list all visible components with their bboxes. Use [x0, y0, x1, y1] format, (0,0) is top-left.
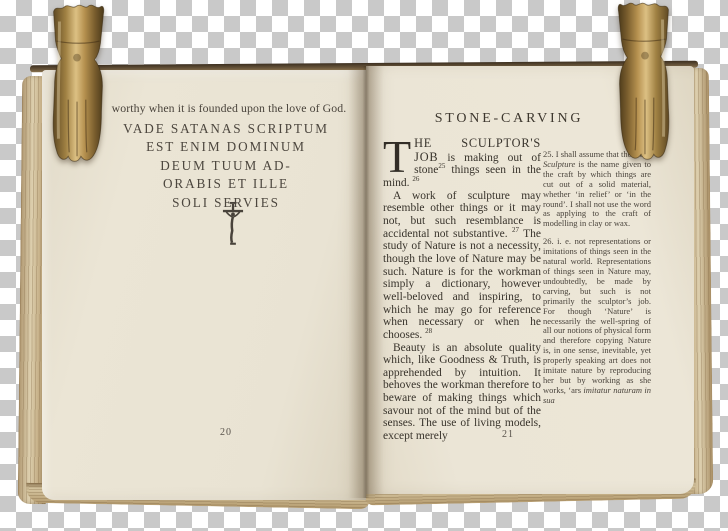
left-page-latin-text: VADE SATANAS SCRIPTUM EST ENIM DOMINUM D… [92, 120, 360, 212]
note-text: is the name given to the craft by which … [543, 159, 651, 228]
note-text: 26. i. e. not representations or imitati… [543, 236, 651, 395]
paragraph-3: Beauty is an absolute quality which, lik… [383, 342, 541, 443]
crucifix-ornament-icon [217, 201, 249, 247]
left-page-number: 20 [92, 427, 360, 438]
note-italic: Sculpture [543, 159, 575, 169]
chapter-header: STONE-CARVING [379, 111, 639, 127]
transparent-checkerboard-canvas: worthy when it is founded upon the love … [0, 0, 728, 531]
latin-line: DEUM TUUM AD- [92, 157, 360, 175]
footnote-ref: 27 [512, 226, 519, 234]
margin-notes-column: 25. I shall assume that the word Sculptu… [543, 150, 651, 414]
latin-line: VADE SATANAS SCRIPTUM [92, 120, 360, 138]
brass-hand-clip-left-icon [42, 2, 114, 166]
latin-line: ORABIS ET ILLE [92, 175, 360, 193]
latin-line: EST ENIM DOMINUM [92, 138, 360, 156]
brass-hand-clip-right-icon [608, 0, 680, 164]
main-text-column: THE SCULPTOR'S JOB is making out of ston… [383, 137, 541, 443]
margin-note-26: 26. i. e. not representations or imitati… [543, 237, 651, 405]
right-page-number: 21 [383, 429, 633, 440]
paragraph-1: THE SCULPTOR'S JOB is making out of ston… [383, 137, 541, 190]
drop-cap: T [383, 137, 414, 175]
body-text: The study of Nature is not a necessity, … [383, 228, 541, 341]
left-page-intro-line: worthy when it is founded upon the love … [99, 101, 359, 116]
paragraph-2: A work of sculpture may resemble other t… [383, 190, 541, 342]
footnote-ref: 26 [412, 175, 419, 183]
footnote-ref: 28 [425, 327, 432, 335]
